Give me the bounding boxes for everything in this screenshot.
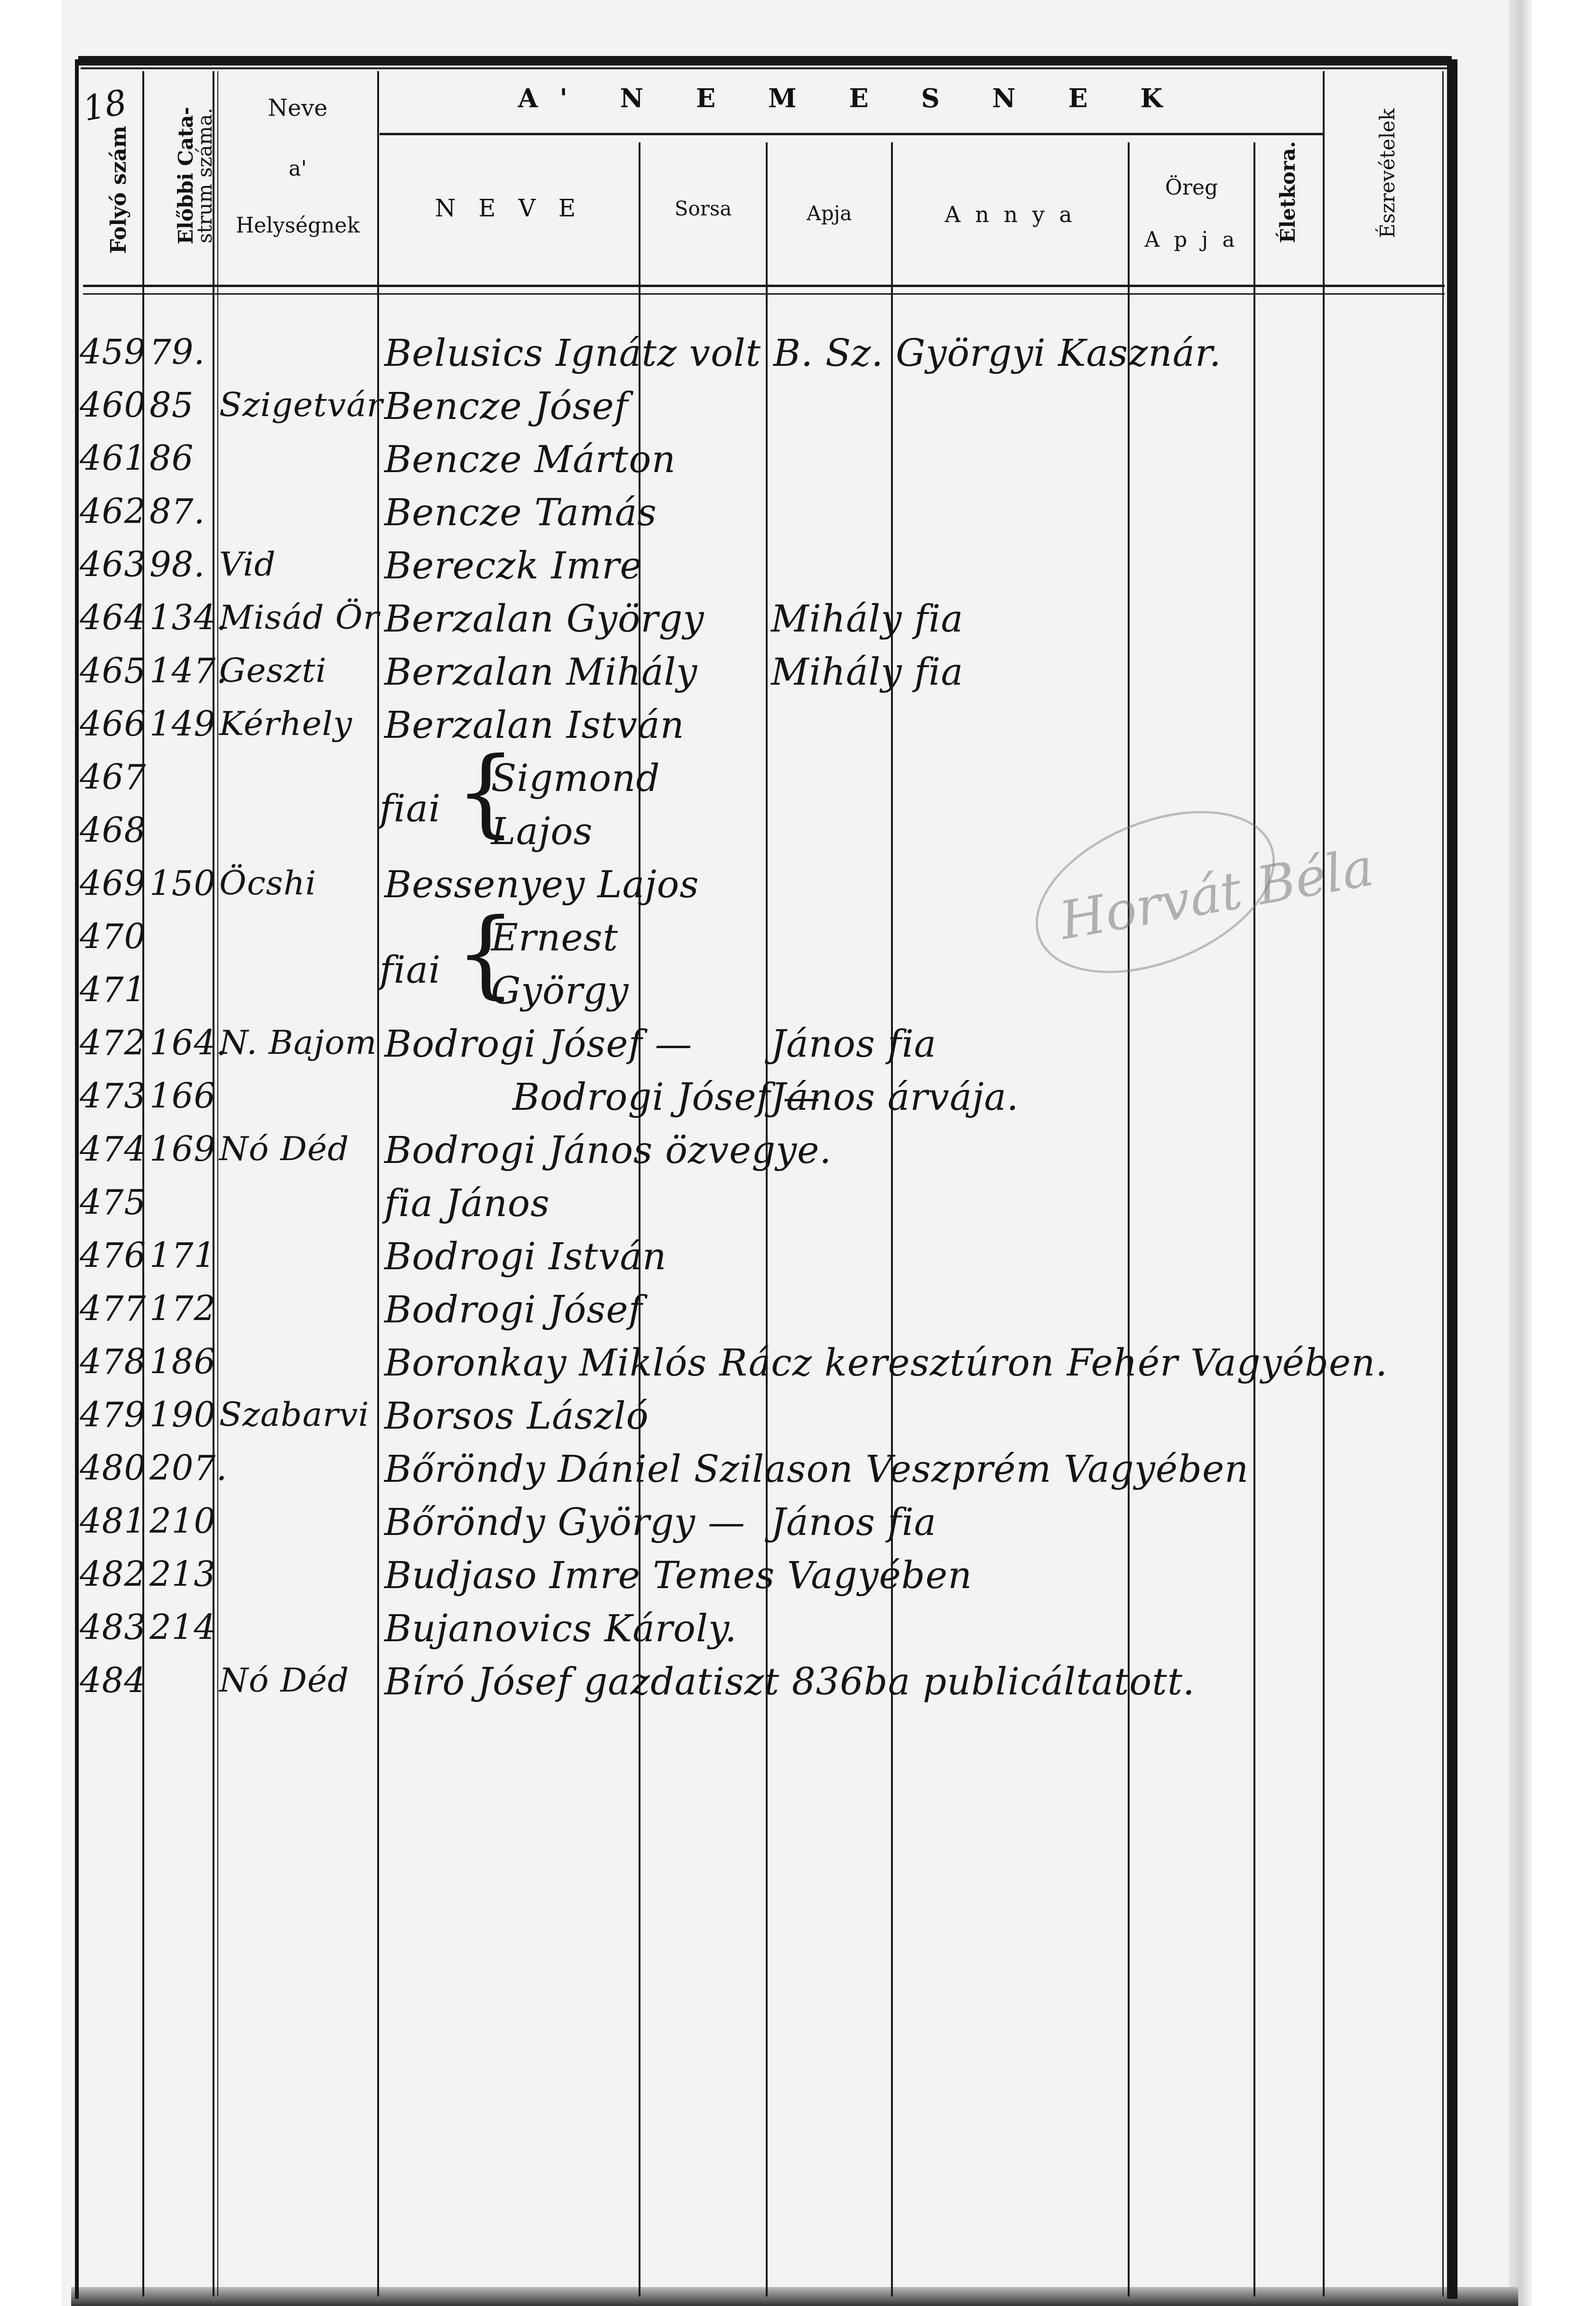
header-annya: A n n y a [893, 202, 1128, 227]
row-folyo-szam: 461 [80, 438, 146, 478]
frame-right-border-inner [1442, 71, 1444, 2297]
row-folyo-szam: 465 [80, 651, 146, 691]
row-folyo-szam: 469 [80, 864, 146, 903]
row-elobbi-szam: 186 [149, 1342, 216, 1382]
row-folyo-szam: 473 [80, 1076, 146, 1116]
row-folyo-szam: 466 [80, 704, 146, 744]
row-helyseg: Kérhely [219, 704, 353, 743]
row-neve: Bodrogi Jósef — [384, 1023, 692, 1066]
row-folyo-szam: 477 [80, 1289, 146, 1329]
row-neve: Bíró Jósef gazdatiszt 836ba publicáltato… [384, 1661, 1195, 1703]
row-neve: Bodrogi István [384, 1236, 667, 1278]
row-elobbi-szam: 86 [149, 438, 194, 478]
row-folyo-szam: 470 [80, 917, 146, 957]
header-sorsa: Sorsa [640, 197, 766, 220]
divider-sorsa [766, 142, 768, 2297]
divider-apja [891, 142, 893, 2297]
header-eletkora: Életkora. [1276, 126, 1300, 259]
row-folyo-szam: 459 [80, 332, 146, 372]
frame-left-border [75, 59, 79, 2299]
header-bottom-rule-inner [83, 293, 1445, 295]
row-folyo-szam: 479 [80, 1395, 146, 1435]
row-folyo-szam: 472 [80, 1023, 146, 1063]
row-folyo-szam: 482 [80, 1554, 146, 1594]
header-folyo-szam: Folyó szám [107, 114, 135, 266]
frame-top-border-inner [81, 67, 1449, 69]
header-apja: Apja [768, 202, 891, 225]
row-neve: Berzalan István [384, 704, 685, 747]
row-elobbi-szam: 166 [149, 1076, 216, 1116]
divider-elobbi [213, 71, 214, 2297]
row-elobbi-szam: 210 [149, 1501, 216, 1541]
divider-oreg-apja [1253, 142, 1255, 2297]
brace-icon: { [455, 745, 516, 840]
divider-annya [1128, 142, 1130, 2297]
row-neve: Bodrogi Jósef [384, 1289, 642, 1331]
row-neve: Sigmond [491, 757, 660, 800]
row-folyo-szam: 478 [80, 1342, 146, 1382]
row-neve: Bőröndy György — [384, 1501, 745, 1544]
header-group-title: A' N E M E S N E K [380, 83, 1323, 113]
row-folyo-szam: 463 [80, 545, 146, 585]
row-elobbi-szam: 98. [149, 545, 205, 585]
row-folyo-szam: 471 [80, 970, 146, 1010]
row-elobbi-szam: 150 [149, 864, 216, 903]
row-helyseg: N. Bajom [219, 1023, 377, 1062]
row-elobbi-szam: 214 [149, 1608, 216, 1647]
group-title-underline [380, 133, 1323, 135]
row-elobbi-szam: 79. [149, 332, 205, 372]
row-helyseg: Geszti [219, 651, 327, 690]
row-folyo-szam: 483 [80, 1608, 146, 1647]
header-eszrevetelek: Észrevételek [1376, 100, 1400, 247]
header-bottom-rule [83, 285, 1445, 287]
row-folyo-szam: 474 [80, 1129, 146, 1169]
divider-eletkora [1323, 71, 1325, 2297]
row-elobbi-szam: 147. [149, 651, 227, 691]
header-elobbi-line2: strum száma. [193, 100, 217, 251]
row-elobbi-szam: 190 [149, 1395, 216, 1435]
row-neve: Bencze Tamás [384, 492, 657, 534]
row-neve: fia János [384, 1182, 550, 1225]
header-helyseg-line2: a' [218, 157, 377, 181]
row-neve: Boronkay Miklós Rácz keresztúron Fehér V… [384, 1342, 1388, 1385]
page-bottom-shadow [71, 2287, 1518, 2306]
header-oreg-line1: Öreg [1130, 176, 1253, 200]
row-folyo-szam: 460 [80, 385, 146, 425]
row-elobbi-szam: 213 [149, 1554, 216, 1594]
row-elobbi-szam: 169 [149, 1129, 216, 1169]
row-neve: Berzalan György [384, 598, 704, 641]
row-apja: Mihály fia [771, 651, 964, 694]
row-neve: Bőröndy Dániel Szilason Veszprém Vagyébe… [384, 1448, 1249, 1491]
row-neve: Bencze Jósef [384, 385, 629, 428]
row-helyseg: Vid [219, 545, 276, 584]
row-folyo-szam: 464 [80, 598, 146, 638]
row-apja: János árvája. [771, 1076, 1019, 1119]
row-neve: Belusics Ignátz volt B. Sz. Györgyi Kasz… [384, 332, 1222, 375]
row-elobbi-szam: 134. [149, 598, 227, 638]
frame-right-border [1447, 59, 1457, 2299]
row-neve: Bessenyey Lajos [384, 864, 699, 906]
header-neve: N E V E [380, 195, 639, 222]
row-folyo-szam: 475 [80, 1182, 146, 1222]
row-helyseg: Szigetvár [219, 385, 383, 424]
fiai-label-2: fiai [380, 949, 441, 992]
row-elobbi-szam: 149 [149, 704, 216, 744]
row-elobbi-szam: 171 [149, 1236, 216, 1275]
row-elobbi-szam: 172 [149, 1289, 216, 1329]
row-neve: Berzalan Mihály [384, 651, 697, 694]
divider-elobbi-double [217, 71, 218, 2297]
row-folyo-szam: 468 [80, 810, 146, 850]
row-elobbi-szam: 164. [149, 1023, 227, 1063]
row-apja: János fia [771, 1501, 937, 1544]
header-helyseg-line3: Helységnek [218, 214, 377, 238]
row-neve: Bencze Márton [384, 438, 676, 481]
row-apja: János fia [771, 1023, 937, 1066]
row-helyseg: Nó Déd [219, 1129, 349, 1168]
row-neve: Borsos László [384, 1395, 649, 1438]
row-elobbi-szam: 87. [149, 492, 205, 531]
row-helyseg: Öcshi [219, 864, 316, 902]
row-elobbi-szam: 207. [149, 1448, 227, 1488]
row-folyo-szam: 481 [80, 1501, 146, 1541]
row-folyo-szam: 484 [80, 1661, 146, 1701]
row-neve: Bereczk Imre [384, 545, 642, 587]
row-elobbi-szam: 85 [149, 385, 194, 425]
frame-top-border [78, 56, 1452, 65]
row-helyseg: Nó Déd [219, 1661, 349, 1700]
row-folyo-szam: 476 [80, 1236, 146, 1275]
fiai-label-1: fiai [380, 788, 441, 830]
row-neve: Bujanovics Károly. [384, 1608, 737, 1650]
row-apja: Mihály fia [771, 598, 964, 641]
row-folyo-szam: 467 [80, 757, 146, 797]
row-helyseg: Misád Ör [219, 598, 380, 637]
header-helyseg-line1: Neve [218, 95, 377, 121]
row-neve: Bodrogi János özvegye. [384, 1129, 832, 1172]
row-helyseg: Szabarvi [219, 1395, 370, 1434]
brace-icon: { [455, 906, 516, 1001]
header-oreg-line2: A p j a [1130, 228, 1253, 252]
page-edge [1509, 0, 1532, 2306]
row-neve: Budjaso Imre Temes Vagyében [384, 1554, 972, 1597]
row-folyo-szam: 462 [80, 492, 146, 531]
row-folyo-szam: 480 [80, 1448, 146, 1488]
